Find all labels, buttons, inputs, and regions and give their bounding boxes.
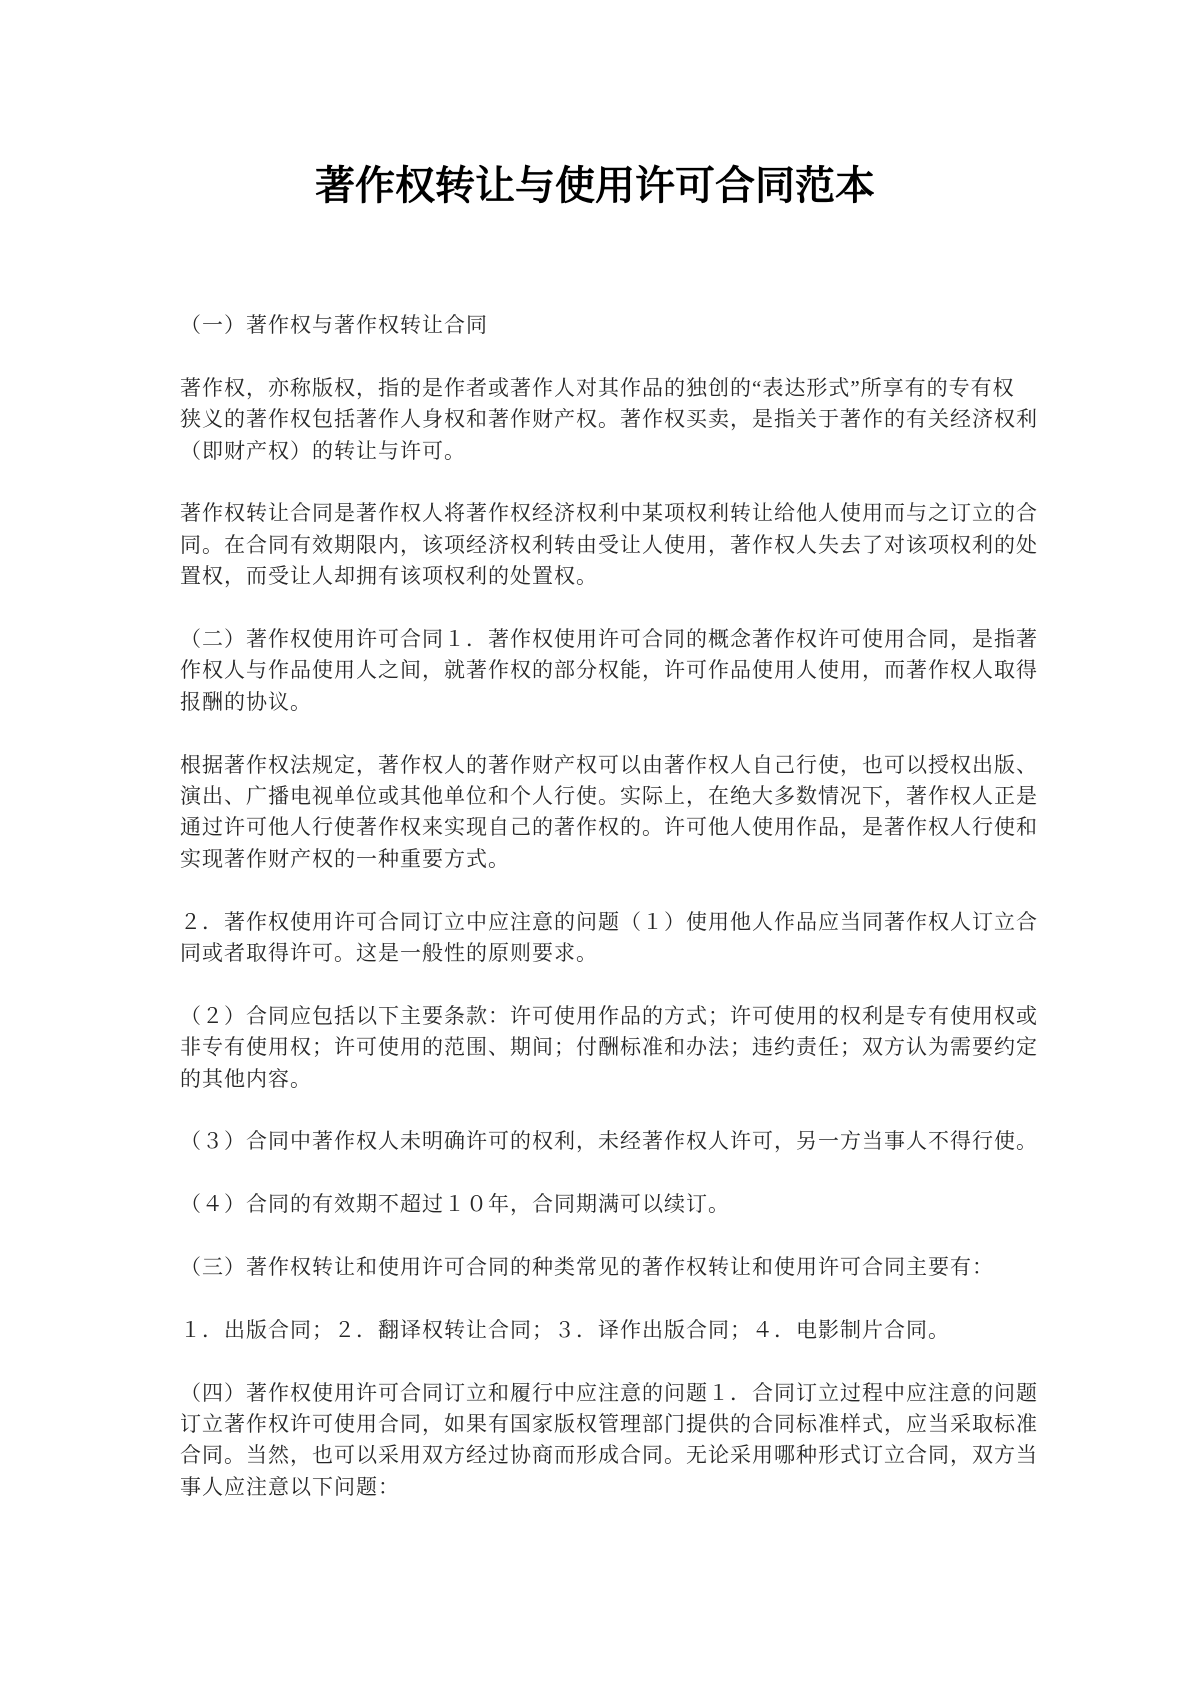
paragraph-main-clauses: （２）合同应包括以下主要条款：许可使用作品的方式；许可使用的权利是专有使用权或 …	[180, 1001, 1042, 1095]
paragraph-contract-types-list: １．出版合同；２．翻译权转让合同；３．译作出版合同；４．电影制片合同。	[180, 1315, 1042, 1346]
paragraph-exercise-of-rights: 根据著作权法规定，著作权人的著作财产权可以由著作权人自己行使，也可以授权出版、 …	[180, 750, 1042, 876]
section-heading-2-license-concept: （二）著作权使用许可合同１．著作权使用许可合同的概念著作权许可使用合同，是指著 …	[180, 624, 1042, 718]
paragraph-unlicensed-rights: （３）合同中著作权人未明确许可的权利，未经著作权人许可，另一方当事人不得行使。	[180, 1126, 1042, 1157]
paragraph-transfer-contract-definition: 著作权转让合同是著作权人将著作权经济权利中某项权利转让给他人使用而与之订立的合 …	[180, 498, 1042, 592]
paragraph-contract-term: （４）合同的有效期不超过１０年，合同期满可以续订。	[180, 1189, 1042, 1220]
section-heading-4-performance-issues: （四）著作权使用许可合同订立和履行中应注意的问题１．合同订立过程中应注意的问题 …	[180, 1378, 1042, 1504]
document-body: （一）著作权与著作权转让合同 著作权，亦称版权，指的是作者或著作人对其作品的独创…	[180, 310, 1042, 1503]
document-page: 著作权转让与使用许可合同范本 （一）著作权与著作权转让合同 著作权，亦称版权，指…	[0, 0, 1190, 1683]
document-title: 著作权转让与使用许可合同范本	[0, 160, 1190, 212]
paragraph-copyright-definition: 著作权，亦称版权，指的是作者或著作人对其作品的独创的“表达形式”所享有的专有权 …	[180, 373, 1042, 467]
section-heading-1: （一）著作权与著作权转让合同	[180, 310, 1042, 341]
section-heading-3-contract-types: （三）著作权转让和使用许可合同的种类常见的著作权转让和使用许可合同主要有：	[180, 1252, 1042, 1283]
paragraph-license-contract-issues: ２．著作权使用许可合同订立中应注意的问题（１）使用他人作品应当同著作权人订立合 …	[180, 907, 1042, 970]
